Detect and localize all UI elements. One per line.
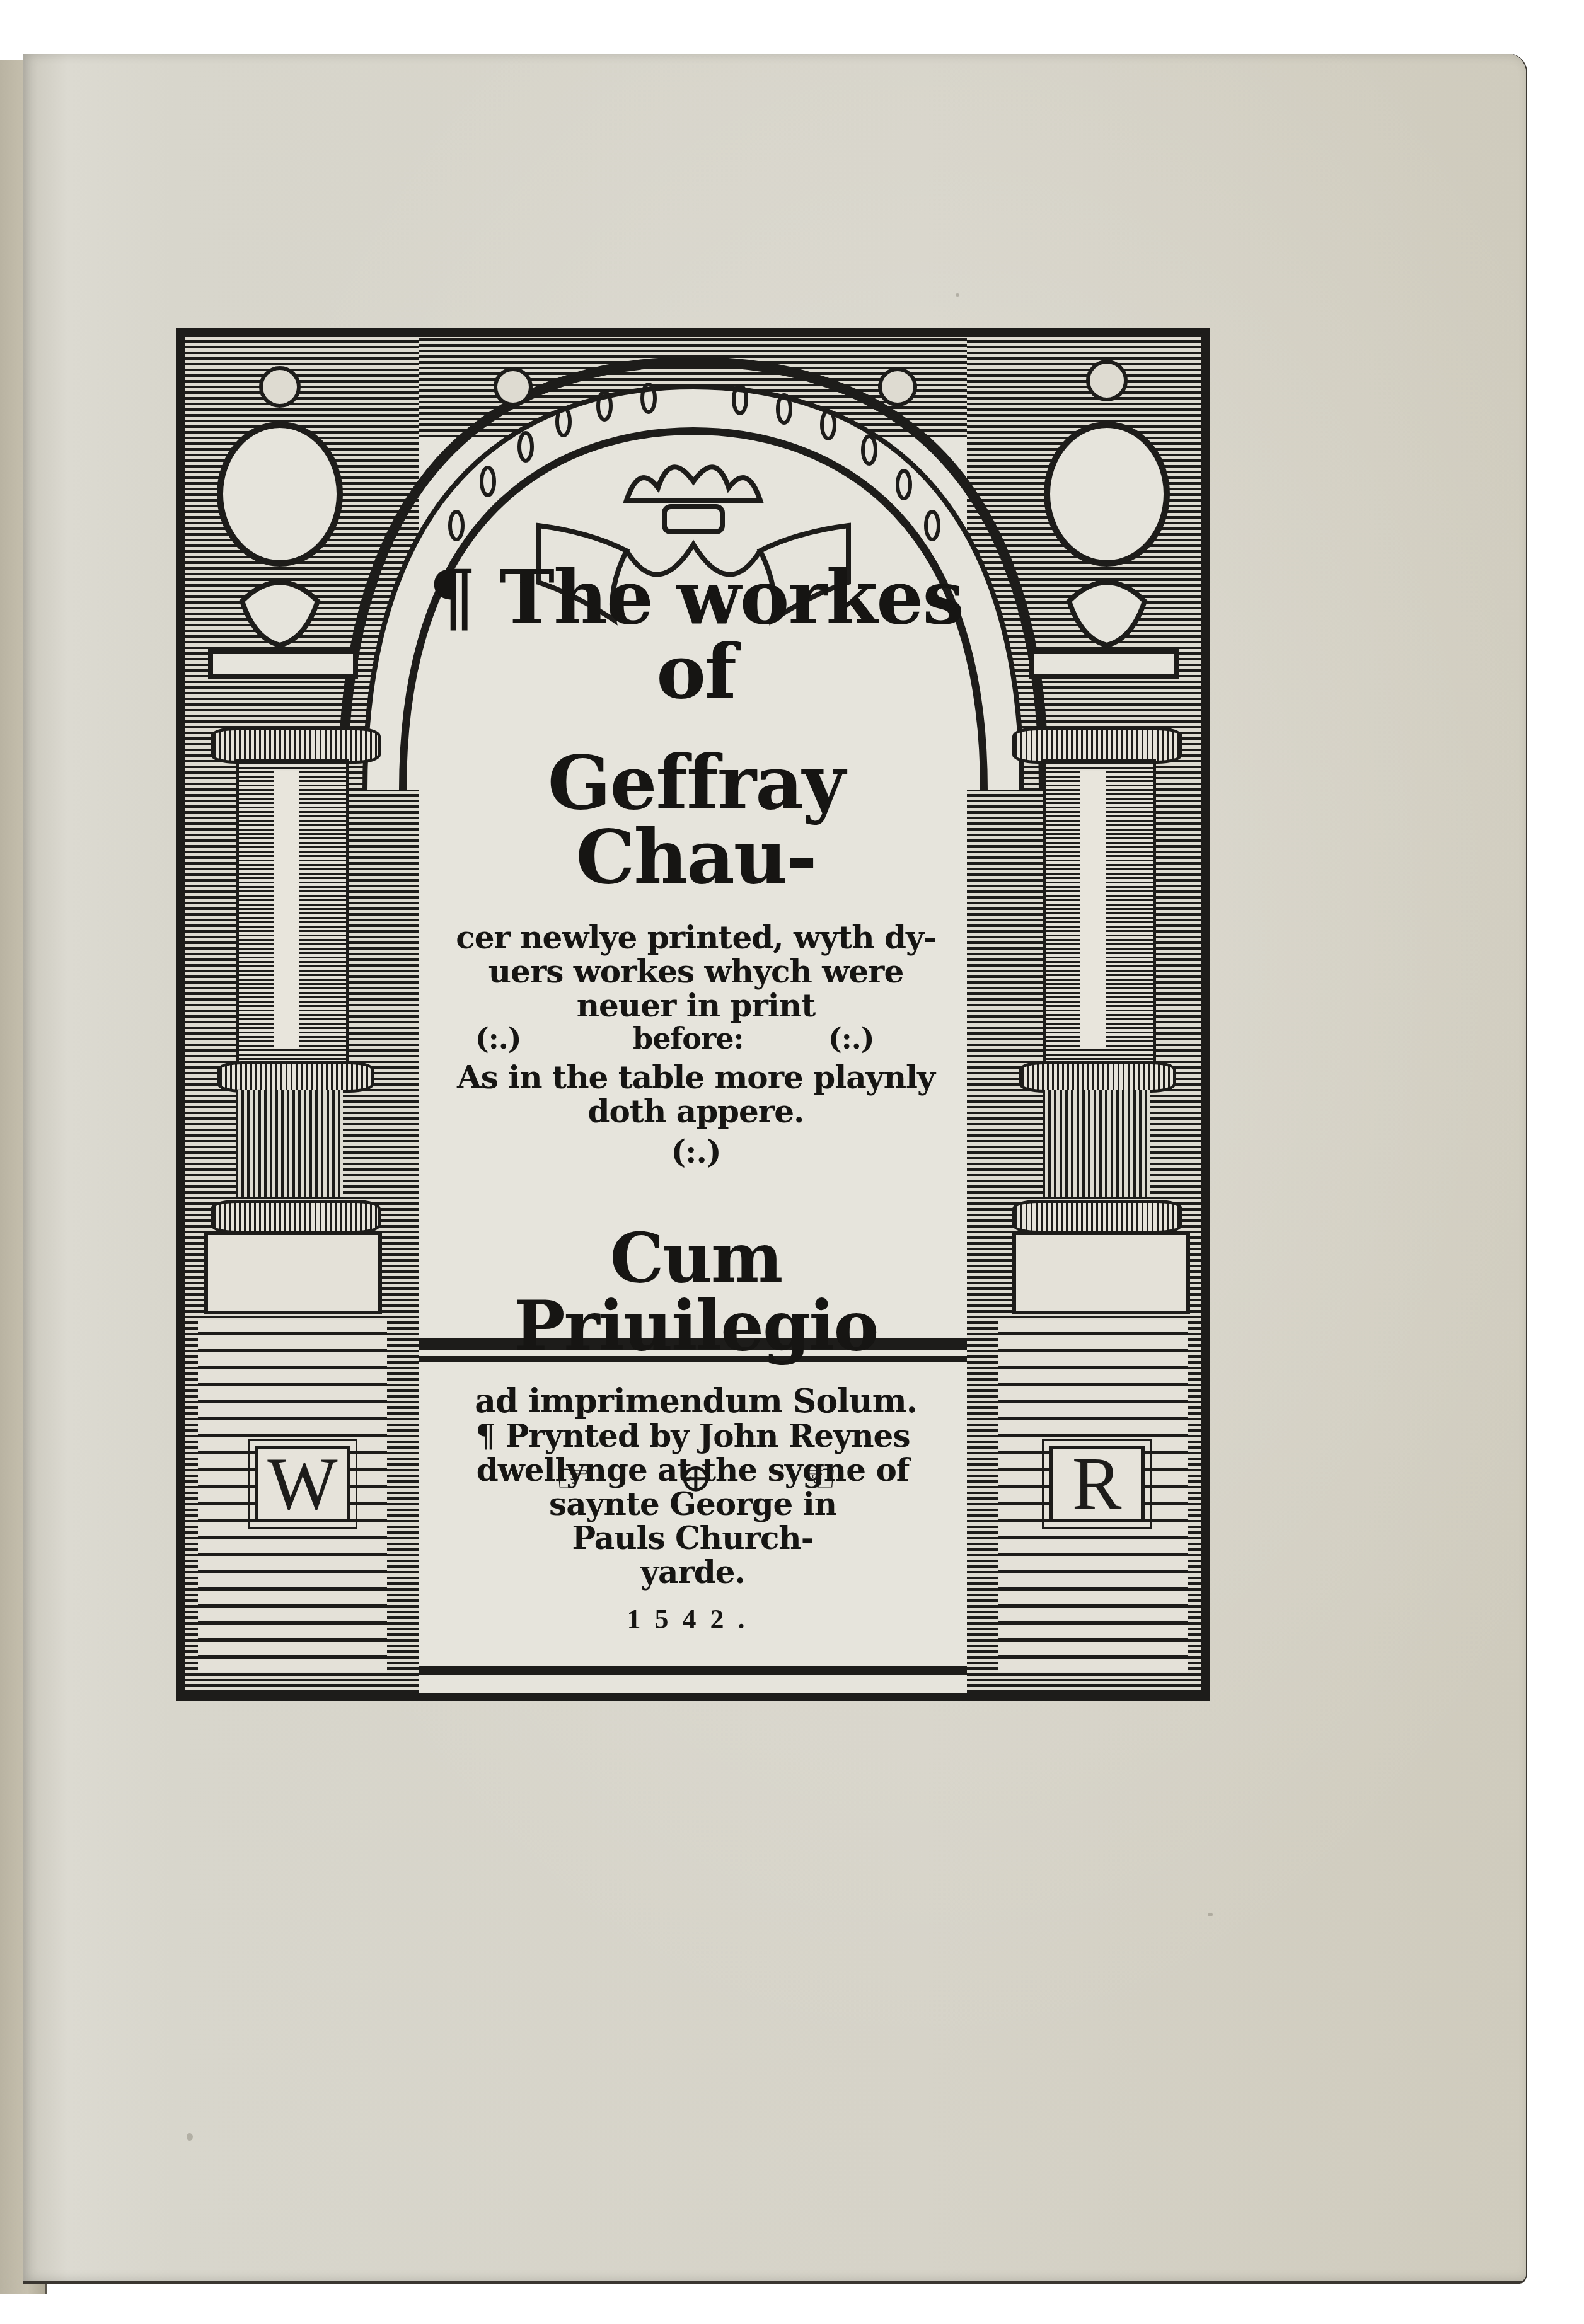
left-pedestal-frieze xyxy=(204,1231,382,1314)
before-text: before: xyxy=(633,1024,743,1053)
paper-speck xyxy=(187,2133,193,2141)
subtitle-line: uers workes whych were xyxy=(425,956,967,987)
table-line: As in the table more playnly xyxy=(425,1062,967,1093)
title-text-panel: ¶ The workes of Geffray Chau- cer newlye… xyxy=(425,437,967,1338)
imprint-panel: ¶ Prynted by John Reynes dwellynge at th… xyxy=(456,1364,929,1666)
left-column-highlight xyxy=(274,771,299,1049)
woodcut-border-frame: W R ¶ The workes of Geffray Chau- cer ne… xyxy=(176,328,1210,1701)
pedestal-initial-r: R xyxy=(1049,1446,1145,1522)
base-bar xyxy=(419,1666,967,1675)
imprint-line: saynte George in xyxy=(456,1487,929,1521)
right-column-highlight xyxy=(1080,771,1106,1049)
left-column-ring xyxy=(217,1061,374,1093)
punctuation-ornament-icon: (:.) xyxy=(828,1024,874,1053)
right-column-fluting xyxy=(1043,1090,1150,1197)
pilcrow-icon: ¶ xyxy=(429,553,475,641)
pedestal-initial-w: W xyxy=(255,1446,350,1522)
subtitle-line: cer newlye printed, wyth dy- xyxy=(425,922,967,953)
right-column-ring xyxy=(1019,1061,1176,1093)
punctuation-ornament-icon: (:.) xyxy=(475,1024,521,1053)
subtitle-line: neuer in print xyxy=(425,990,967,1021)
imprint-line: dwellynge at the sygne of xyxy=(456,1453,929,1487)
privilege-heading: Cum Priuilegio xyxy=(425,1224,967,1360)
pilcrow-icon: ¶ xyxy=(475,1417,495,1454)
before-row: (:.) before: (:.) xyxy=(425,1024,967,1059)
imprint-line: yarde. xyxy=(456,1555,929,1589)
paper-speck xyxy=(956,293,959,297)
title-line-1: ¶ The workes of xyxy=(425,560,967,709)
paper-speck xyxy=(1208,1913,1213,1916)
title-text-1: The workes of xyxy=(499,553,963,715)
imprint-text: Prynted by John Reynes xyxy=(506,1417,910,1454)
left-column-base xyxy=(211,1200,381,1234)
table-line: doth appere. xyxy=(425,1096,967,1127)
imprint-line: Pauls Church- xyxy=(456,1521,929,1555)
right-column-base xyxy=(1012,1200,1182,1234)
imprint-year: 1542. xyxy=(456,1603,929,1635)
punctuation-ornament-icon: (:.) xyxy=(425,1136,967,1168)
right-pedestal-frieze xyxy=(1012,1231,1190,1314)
left-column-fluting xyxy=(236,1090,343,1197)
title-line-2: Geffray Chau- xyxy=(425,745,967,894)
imprint-line: ¶ Prynted by John Reynes xyxy=(456,1419,929,1453)
